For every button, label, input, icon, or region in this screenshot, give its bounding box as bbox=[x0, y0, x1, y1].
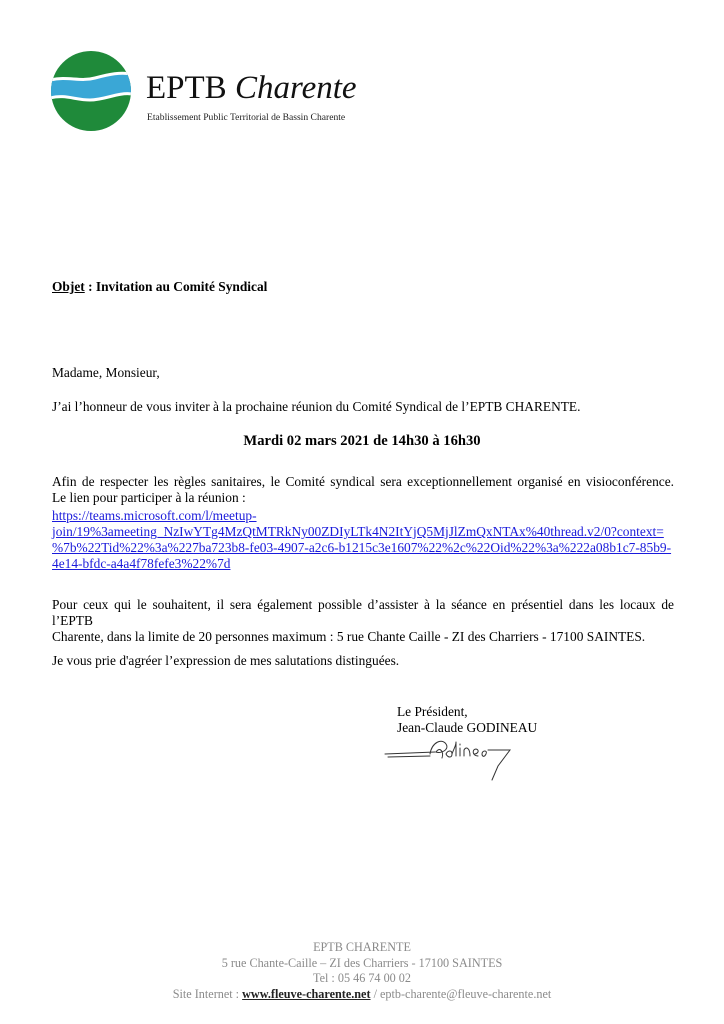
footer-org: EPTB CHARENTE bbox=[0, 940, 724, 956]
letter-page: EPTB Charente Etablissement Public Terri… bbox=[0, 0, 724, 1024]
subject-text: Invitation au Comité Syndical bbox=[96, 279, 268, 294]
org-subtitle: Etablissement Public Territorial de Bass… bbox=[147, 112, 345, 123]
handwritten-signature-icon bbox=[380, 732, 530, 782]
intro-paragraph: J’ai l’honneur de vous inviter à la proc… bbox=[52, 399, 580, 415]
subject-line: Objet : Invitation au Comité Syndical bbox=[52, 279, 267, 295]
footer-phone: Tel : 05 46 74 00 02 bbox=[0, 971, 724, 987]
teams-meeting-link[interactable]: https://teams.microsoft.com/l/meetup- jo… bbox=[52, 508, 671, 572]
signatory-title: Le Président, bbox=[397, 704, 537, 720]
footer-address: 5 rue Chante-Caille – ZI des Charriers -… bbox=[0, 956, 724, 972]
letter-footer: EPTB CHARENTE 5 rue Chante-Caille – ZI d… bbox=[0, 940, 724, 1002]
footer-contact: Site Internet : www.fleuve-charente.net … bbox=[0, 987, 724, 1003]
meeting-date: Mardi 02 mars 2021 de 14h30 à 16h30 bbox=[0, 433, 724, 449]
closing-formula: Je vous prie d'agréer l’expression de me… bbox=[52, 653, 399, 669]
in-person-paragraph: Pour ceux qui le souhaitent, il sera éga… bbox=[52, 597, 674, 645]
footer-email[interactable]: eptb-charente@fleuve-charente.net bbox=[380, 987, 551, 1001]
subject-label: Objet bbox=[52, 279, 85, 294]
org-logo: EPTB Charente Etablissement Public Terri… bbox=[50, 50, 410, 140]
org-name: EPTB Charente bbox=[146, 72, 357, 105]
river-globe-icon bbox=[50, 50, 132, 132]
salutation: Madame, Monsieur, bbox=[52, 365, 160, 381]
visio-paragraph: Afin de respecter les règles sanitaires,… bbox=[52, 474, 674, 506]
website-link[interactable]: www.fleuve-charente.net bbox=[242, 987, 370, 1001]
